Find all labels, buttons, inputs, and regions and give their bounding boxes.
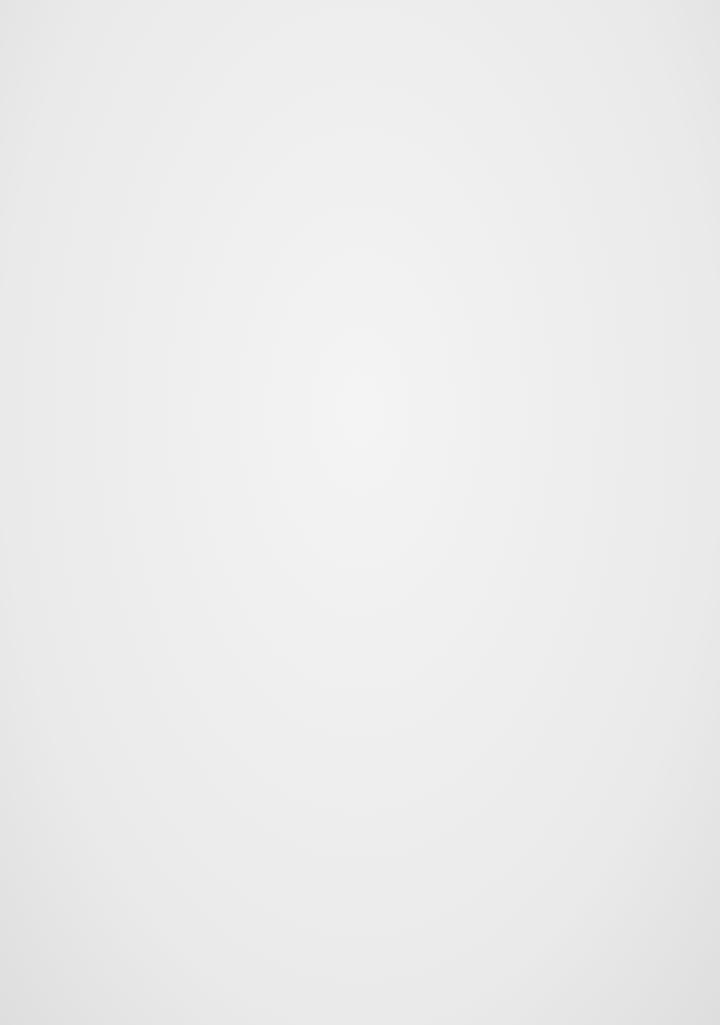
scanned-page [0,0,720,1025]
